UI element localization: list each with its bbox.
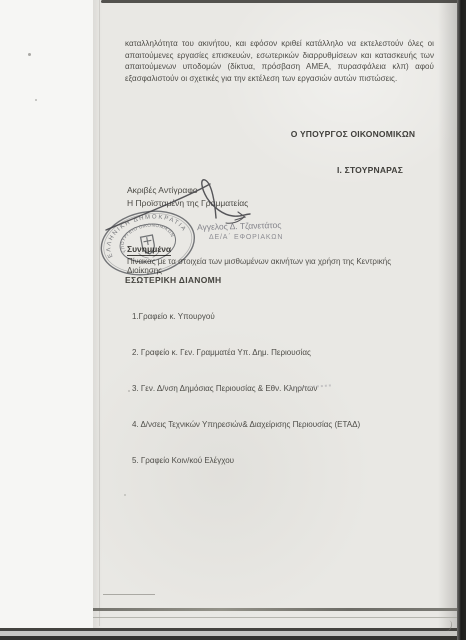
scan-speck <box>128 390 130 392</box>
internal-distribution-list: 1.Γραφείο κ. Υπουργού 2. Γραφείο κ. Γεν.… <box>132 287 412 491</box>
coat-of-arms-icon <box>136 234 162 260</box>
list-item: 2. Γραφείο κ. Γεν. Γραμματέα Υπ. Δημ. Πε… <box>132 347 412 359</box>
body-paragraph: καταλληλότητα του ακινήτου, και εφόσον κ… <box>125 38 434 84</box>
list-item: 4. Δ/νσεις Τεχνικών Υπηρεσιών& Διαχείρισ… <box>132 419 412 431</box>
minister-name: Ι. ΣΤΟΥΡΝΑΡΑΣ <box>328 165 412 175</box>
list-item: 1.Γραφείο κ. Υπουργού <box>132 311 412 323</box>
scanned-document: καταλληλότητα του ακινήτου, και εφόσον κ… <box>0 0 466 640</box>
scan-speck <box>28 53 31 56</box>
scan-speck <box>35 99 37 101</box>
list-item: 5. Γραφείο Κοιν/κού Ελέγχου <box>132 455 412 467</box>
scan-artifact-line <box>93 608 458 611</box>
scan-artifact-line <box>93 617 458 618</box>
scan-speck <box>124 494 126 496</box>
list-item: 3. Γεν. Δ/νση Δημόσιας Περιουσίας & Εθν.… <box>132 383 412 395</box>
scan-bottom-band <box>0 636 466 640</box>
scan-top-edge-line <box>101 0 458 3</box>
scan-right-band <box>457 0 466 640</box>
signer-grade-stamp: ΔΕ/Α΄ ΕΦΟΡΙΑΚΩΝ <box>209 234 283 241</box>
handwritten-signature <box>92 170 262 232</box>
minister-title: Ο ΥΠΟΥΡΓΟΣ ΟΙΚΟΝΟΜΙΚΩΝ <box>287 129 419 139</box>
scan-artifact-line <box>103 594 155 595</box>
page-right-shadow <box>438 0 458 632</box>
page-fold-line <box>99 0 100 626</box>
